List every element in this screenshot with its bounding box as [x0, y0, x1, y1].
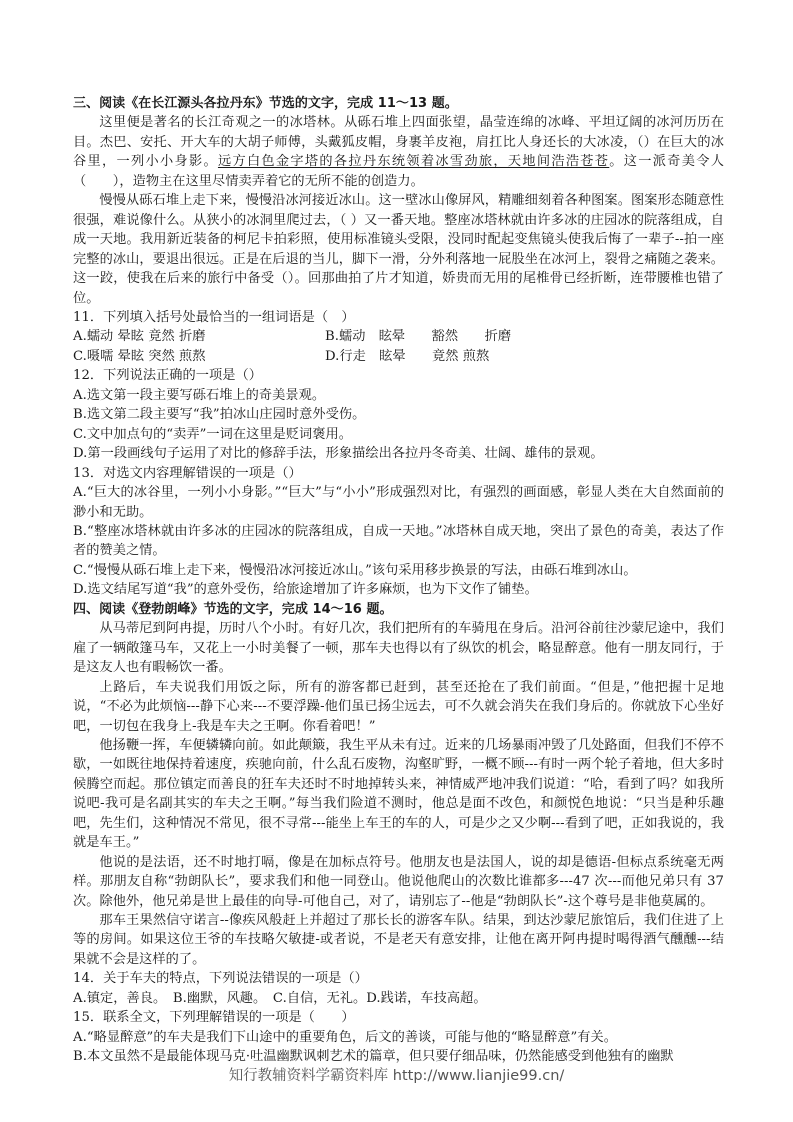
question-13-option-d: D.选文结尾写道“我”的意外受伤，给旅途增加了许多麻烦，也为下文作了铺垫。 — [73, 580, 724, 599]
question-15-stem: 15．联系全文，下列理解错误的一项是（ ） — [73, 1008, 724, 1027]
question-13-stem: 13．对选文内容理解错误的一项是（） — [73, 464, 724, 483]
section-3-heading: 三、阅读《在长江源头各拉丹东》节选的文字，完成 11～13 题。 — [73, 94, 724, 113]
section-3-paragraph-1: 这里便是著名的长江奇观之一的冰塔林。从砾石堆上四面张望，晶莹连绵的冰峰、平坦辽阔… — [73, 113, 724, 191]
question-12-option-c: C.文中加点句的“卖弄”一词在这里是贬词褒用。 — [73, 425, 724, 444]
question-15-option-a: A.“略显醉意”的车夫是我们下山途中的重要角色，后文的善谈，可能与他的“略显醉意… — [73, 1028, 724, 1047]
question-12-option-a: A.选文第一段主要写砾石堆上的奇美景观。 — [73, 386, 724, 405]
question-11-option-c: C.嗫嚅 晕眩 突然 煎熬 — [73, 347, 325, 366]
question-14-stem: 14．关于车夫的特点，下列说法错误的一项是（） — [73, 969, 724, 988]
section-3-paragraph-2: 慢慢从砾石堆上走下来，慢慢沿冰河接近冰山。这一壁冰山像屏风，精雕细刻着各种图案。… — [73, 191, 724, 308]
question-13-option-c: C.“慢慢从砾石堆上走下来，慢慢沿冰河接近冰山。”该句采用移步换景的写法，由砾石… — [73, 561, 724, 580]
question-11-option-d: D.行走 眩晕 竟然 煎熬 — [325, 347, 489, 366]
question-11-option-a: A.蠕动 晕眩 竟然 折磨 — [73, 327, 325, 346]
question-11-options-row-2: C.嗫嚅 晕眩 突然 煎熬 D.行走 眩晕 竟然 煎熬 — [73, 347, 724, 366]
footer-watermark: 知行教辅资料学霸资料库 http://www.lianjie99.cn/ — [0, 1064, 793, 1085]
underlined-sentence: 远方白色金字塔的各拉丹东统领着冰雪劲旅，天地间浩浩苍苍 — [218, 154, 609, 169]
section-4-paragraph-3: 他扬鞭一挥，车便辚辚向前。如此颠簸，我生平从未有过。近来的几场暴雨冲毁了几处路面… — [73, 736, 724, 853]
question-12-stem: 12．下列说法正确的一项是（） — [73, 366, 724, 385]
question-11-options-row-1: A.蠕动 晕眩 竟然 折磨 B.蠕动 眩晕 豁然 折磨 — [73, 327, 724, 346]
section-4-paragraph-1: 从马蒂尼到阿冉提，历时八个小时。有好几次，我们把所有的车骑甩在身后。沿河谷前往沙… — [73, 619, 724, 677]
section-4-heading: 四、阅读《登勃朗峰》节选的文字，完成 14～16 题。 — [73, 600, 724, 619]
question-13-option-a: A.“巨大的冰谷里，一列小小身影。”“巨大”与“小小”形成强烈对比，有强烈的画面… — [73, 483, 724, 522]
question-12-option-d: D.第一段画线句子运用了对比的修辞手法，形象描绘出各拉丹冬奇美、壮阔、雄伟的景观… — [73, 444, 724, 463]
section-4-paragraph-4: 他说的是法语，还不时地打嗝，像是在加标点符号。他朋友也是法国人，说的却是德语-但… — [73, 853, 724, 911]
section-4-paragraph-5: 那车王果然信守诺言--像疾风般赶上并超过了那长长的游客车队。结果，到达沙蒙尼旅馆… — [73, 911, 724, 969]
question-11-stem: 11．下列填入括号处最恰当的一组词语是（ ） — [73, 308, 724, 327]
question-11-option-b: B.蠕动 眩晕 豁然 折磨 — [325, 327, 511, 346]
question-13-option-b: B.“整座冰塔林就由许多冰的庄园冰的院落组成，自成一天地。”冰塔林自成天地，突出… — [73, 522, 724, 561]
question-12-option-b: B.选文第二段主要写“我”拍冰山庄园时意外受伤。 — [73, 405, 724, 424]
section-4-paragraph-2: 上路后，车夫说我们用饭之际，所有的游客都已赶到，甚至还抢在了我们前面。“但是，”… — [73, 678, 724, 736]
document-page: 三、阅读《在长江源头各拉丹东》节选的文字，完成 11～13 题。 这里便是著名的… — [73, 94, 724, 1067]
question-14-options: A.镇定，善良。 B.幽默，风趣。 C.自信，无礼。D.践诺，车技高超。 — [73, 989, 724, 1008]
